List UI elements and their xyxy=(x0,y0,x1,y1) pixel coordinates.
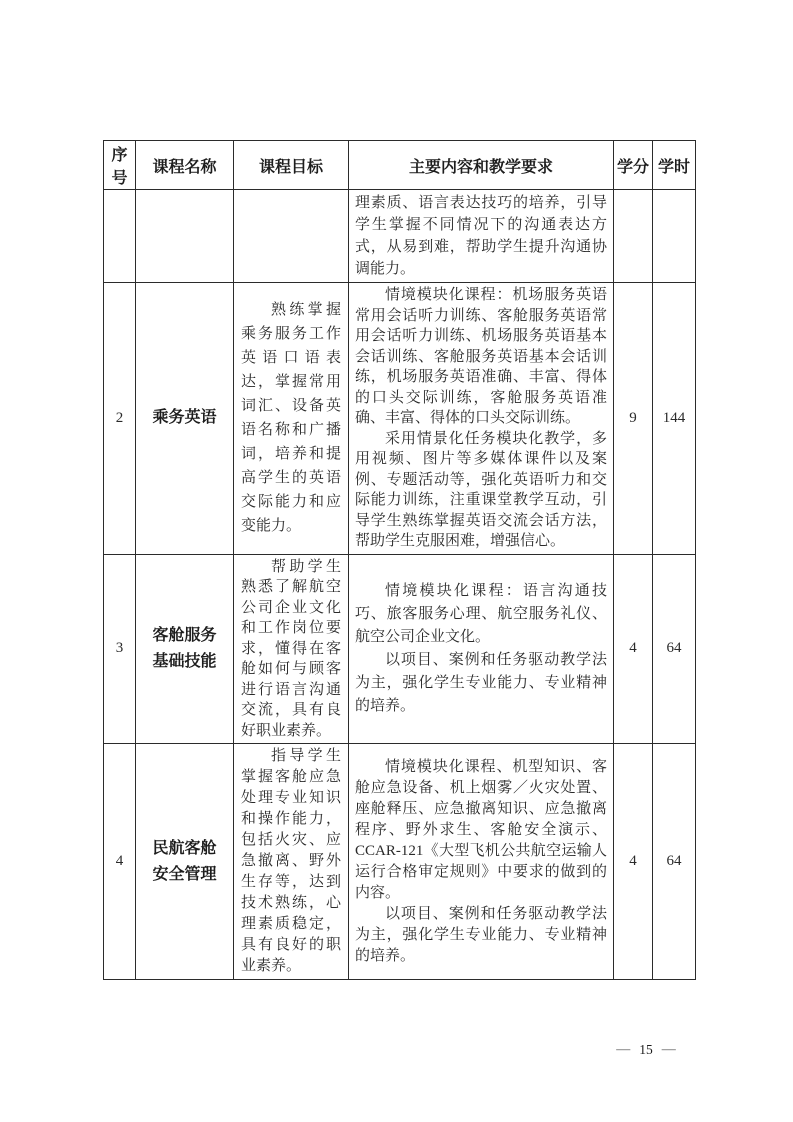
table-row-cabin-english: 2 乘务英语 熟练掌握乘务服务工作英语口语表达，掌握常用词汇、设备英语名称和广播… xyxy=(104,283,696,555)
cell-credits: 4 xyxy=(614,554,653,744)
page-number: 15 xyxy=(639,1042,653,1058)
content-paragraph: 情境模块化课程：语言沟通技巧、旅客服务心理、航空服务礼仪、航空公司企业文化。 xyxy=(355,580,607,649)
footer-left-dash: — xyxy=(616,1042,630,1058)
objective-text: 指导学生掌握客舱应急处理专业知识和操作能力，包括火灾、应急撤离、野外生存等，达到… xyxy=(241,746,341,977)
header-hours: 学时 xyxy=(653,141,696,190)
cell-objective xyxy=(234,190,349,283)
cell-course-name: 客舱服务基础技能 xyxy=(136,554,234,744)
cell-course-name: 民航客舱安全管理 xyxy=(136,744,234,980)
cell-hours: 64 xyxy=(653,744,696,980)
footer-right-dash: — xyxy=(662,1042,676,1058)
header-course-name: 课程名称 xyxy=(136,141,234,190)
content-paragraph: 理素质、语言表达技巧的培养，引导学生掌握不同情况下的沟通表达方式，从易到难，帮助… xyxy=(355,192,607,280)
content-paragraph: 采用情景化任务模块化教学，多用视频、图片等多媒体课件以及案例、专题活动等，强化英… xyxy=(355,429,607,552)
content-paragraph: 情境模块化课程：机场服务英语常用会话听力训练、客舱服务英语常用会话听力训练、机场… xyxy=(355,285,607,429)
cell-objective: 熟练掌握乘务服务工作英语口语表达，掌握常用词汇、设备英语名称和广播词，培养和提高… xyxy=(234,283,349,555)
table-row-continuation: 理素质、语言表达技巧的培养，引导学生掌握不同情况下的沟通表达方式，从易到难，帮助… xyxy=(104,190,696,283)
cell-credits: 9 xyxy=(614,283,653,555)
content-paragraph: 情境模块化课程、机型知识、客舱应急设备、机上烟雾／火灾处置、座舱释压、应急撤离知… xyxy=(355,757,607,904)
document-page: 序号 课程名称 课程目标 主要内容和教学要求 学分 学时 理素质、语言表达技巧的… xyxy=(0,0,793,1122)
table-header-row: 序号 课程名称 课程目标 主要内容和教学要求 学分 学时 xyxy=(104,141,696,190)
header-num: 序号 xyxy=(104,141,136,190)
objective-text: 熟练掌握乘务服务工作英语口语表达，掌握常用词汇、设备英语名称和广播词，培养和提高… xyxy=(241,298,341,538)
table-row-cabin-safety-management: 4 民航客舱安全管理 指导学生掌握客舱应急处理专业知识和操作能力，包括火灾、应急… xyxy=(104,744,696,980)
cell-num: 2 xyxy=(104,283,136,555)
header-main-content: 主要内容和教学要求 xyxy=(349,141,614,190)
cell-hours: 144 xyxy=(653,283,696,555)
content-paragraph: 以项目、案例和任务驱动教学法为主，强化学生专业能力、专业精神的培养。 xyxy=(355,904,607,967)
cell-hours xyxy=(653,190,696,283)
cell-num xyxy=(104,190,136,283)
cell-course-name: 乘务英语 xyxy=(136,283,234,555)
course-table: 序号 课程名称 课程目标 主要内容和教学要求 学分 学时 理素质、语言表达技巧的… xyxy=(103,140,696,980)
cell-credits xyxy=(614,190,653,283)
page-footer: — 15 — xyxy=(598,1040,694,1060)
header-credits: 学分 xyxy=(614,141,653,190)
cell-num: 3 xyxy=(104,554,136,744)
cell-hours: 64 xyxy=(653,554,696,744)
cell-objective: 指导学生掌握客舱应急处理专业知识和操作能力，包括火灾、应急撤离、野外生存等，达到… xyxy=(234,744,349,980)
cell-content: 情境模块化课程：机场服务英语常用会话听力训练、客舱服务英语常用会话听力训练、机场… xyxy=(349,283,614,555)
header-course-objective: 课程目标 xyxy=(234,141,349,190)
cell-course-name xyxy=(136,190,234,283)
cell-credits: 4 xyxy=(614,744,653,980)
cell-objective: 帮助学生熟悉了解航空公司企业文化和工作岗位要求，懂得在客舱如何与顾客进行语言沟通… xyxy=(234,554,349,744)
table-row-cabin-service-skills: 3 客舱服务基础技能 帮助学生熟悉了解航空公司企业文化和工作岗位要求，懂得在客舱… xyxy=(104,554,696,744)
objective-text: 帮助学生熟悉了解航空公司企业文化和工作岗位要求，懂得在客舱如何与顾客进行语言沟通… xyxy=(241,557,341,742)
cell-content: 情境模块化课程、机型知识、客舱应急设备、机上烟雾／火灾处置、座舱释压、应急撤离知… xyxy=(349,744,614,980)
cell-content: 情境模块化课程：语言沟通技巧、旅客服务心理、航空服务礼仪、航空公司企业文化。 以… xyxy=(349,554,614,744)
cell-content: 理素质、语言表达技巧的培养，引导学生掌握不同情况下的沟通表达方式，从易到难，帮助… xyxy=(349,190,614,283)
content-paragraph: 以项目、案例和任务驱动教学法为主，强化学生专业能力、专业精神的培养。 xyxy=(355,649,607,718)
cell-num: 4 xyxy=(104,744,136,980)
